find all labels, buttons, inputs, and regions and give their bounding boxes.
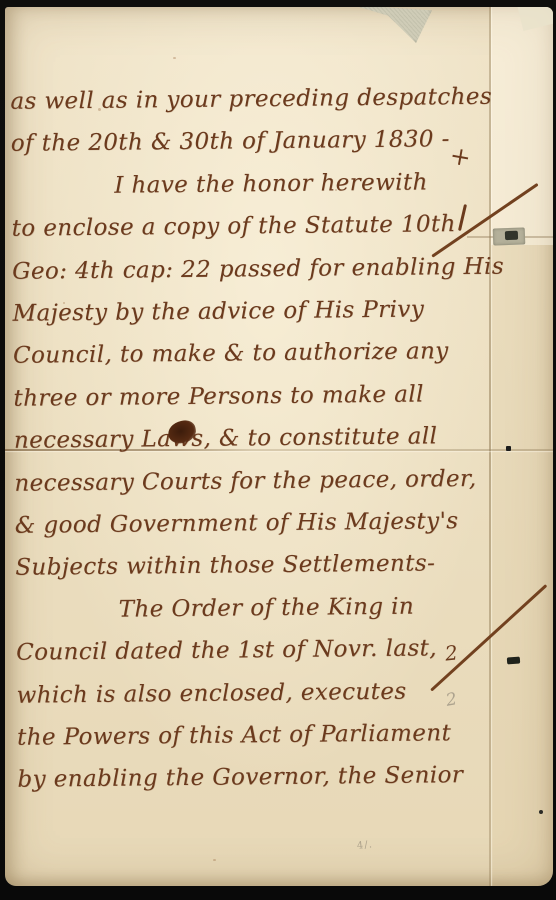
pencil-scribble: 4/. [356, 839, 373, 852]
manuscript-line: Geo: 4th cap: 22 passed for enabling His [12, 253, 504, 284]
ink-dot [539, 810, 543, 814]
manuscript-line: which is also enclosed, executes [16, 678, 406, 708]
manuscript-line: I have the honor herewith [114, 169, 428, 198]
margin-numeral-2: 2 [444, 640, 459, 665]
manuscript-line: necessary Courts for the peace, order, [14, 466, 476, 497]
manuscript-line: of the 20th & 30th of January 1830 - [11, 127, 450, 158]
manuscript-line: The Order of the King in [119, 593, 415, 622]
manuscript-line: Council dated the 1st of Novr. last, [16, 636, 437, 666]
manuscript-line: Subjects within those Settlements- [15, 551, 435, 581]
manuscript-line: as well as in your preceding despatches [10, 84, 492, 115]
manuscript-line: the Powers of this Act of Parliament [17, 720, 451, 751]
manuscript-line: Council, to make & to authorize any [13, 339, 449, 370]
manuscript-text: as well as in your preceding despatcheso… [5, 7, 553, 886]
manuscript-line: & good Government of His Majesty's [15, 508, 459, 539]
manuscript-line: Majesty by the advice of His Privy [12, 296, 424, 326]
scanned-manuscript-page: as well as in your preceding despatcheso… [0, 0, 556, 900]
manuscript-line: necessary Laws, & to constitute all [14, 424, 438, 454]
manuscript-paper: as well as in your preceding despatcheso… [5, 7, 553, 886]
manuscript-line: to enclose a copy of the Statute 10th [12, 211, 456, 242]
ink-smudge [507, 657, 520, 665]
manuscript-line: three or more Persons to make all [13, 381, 424, 411]
ink-dot [506, 446, 511, 451]
manuscript-line: by enabling the Governor, the Senior [17, 762, 463, 793]
